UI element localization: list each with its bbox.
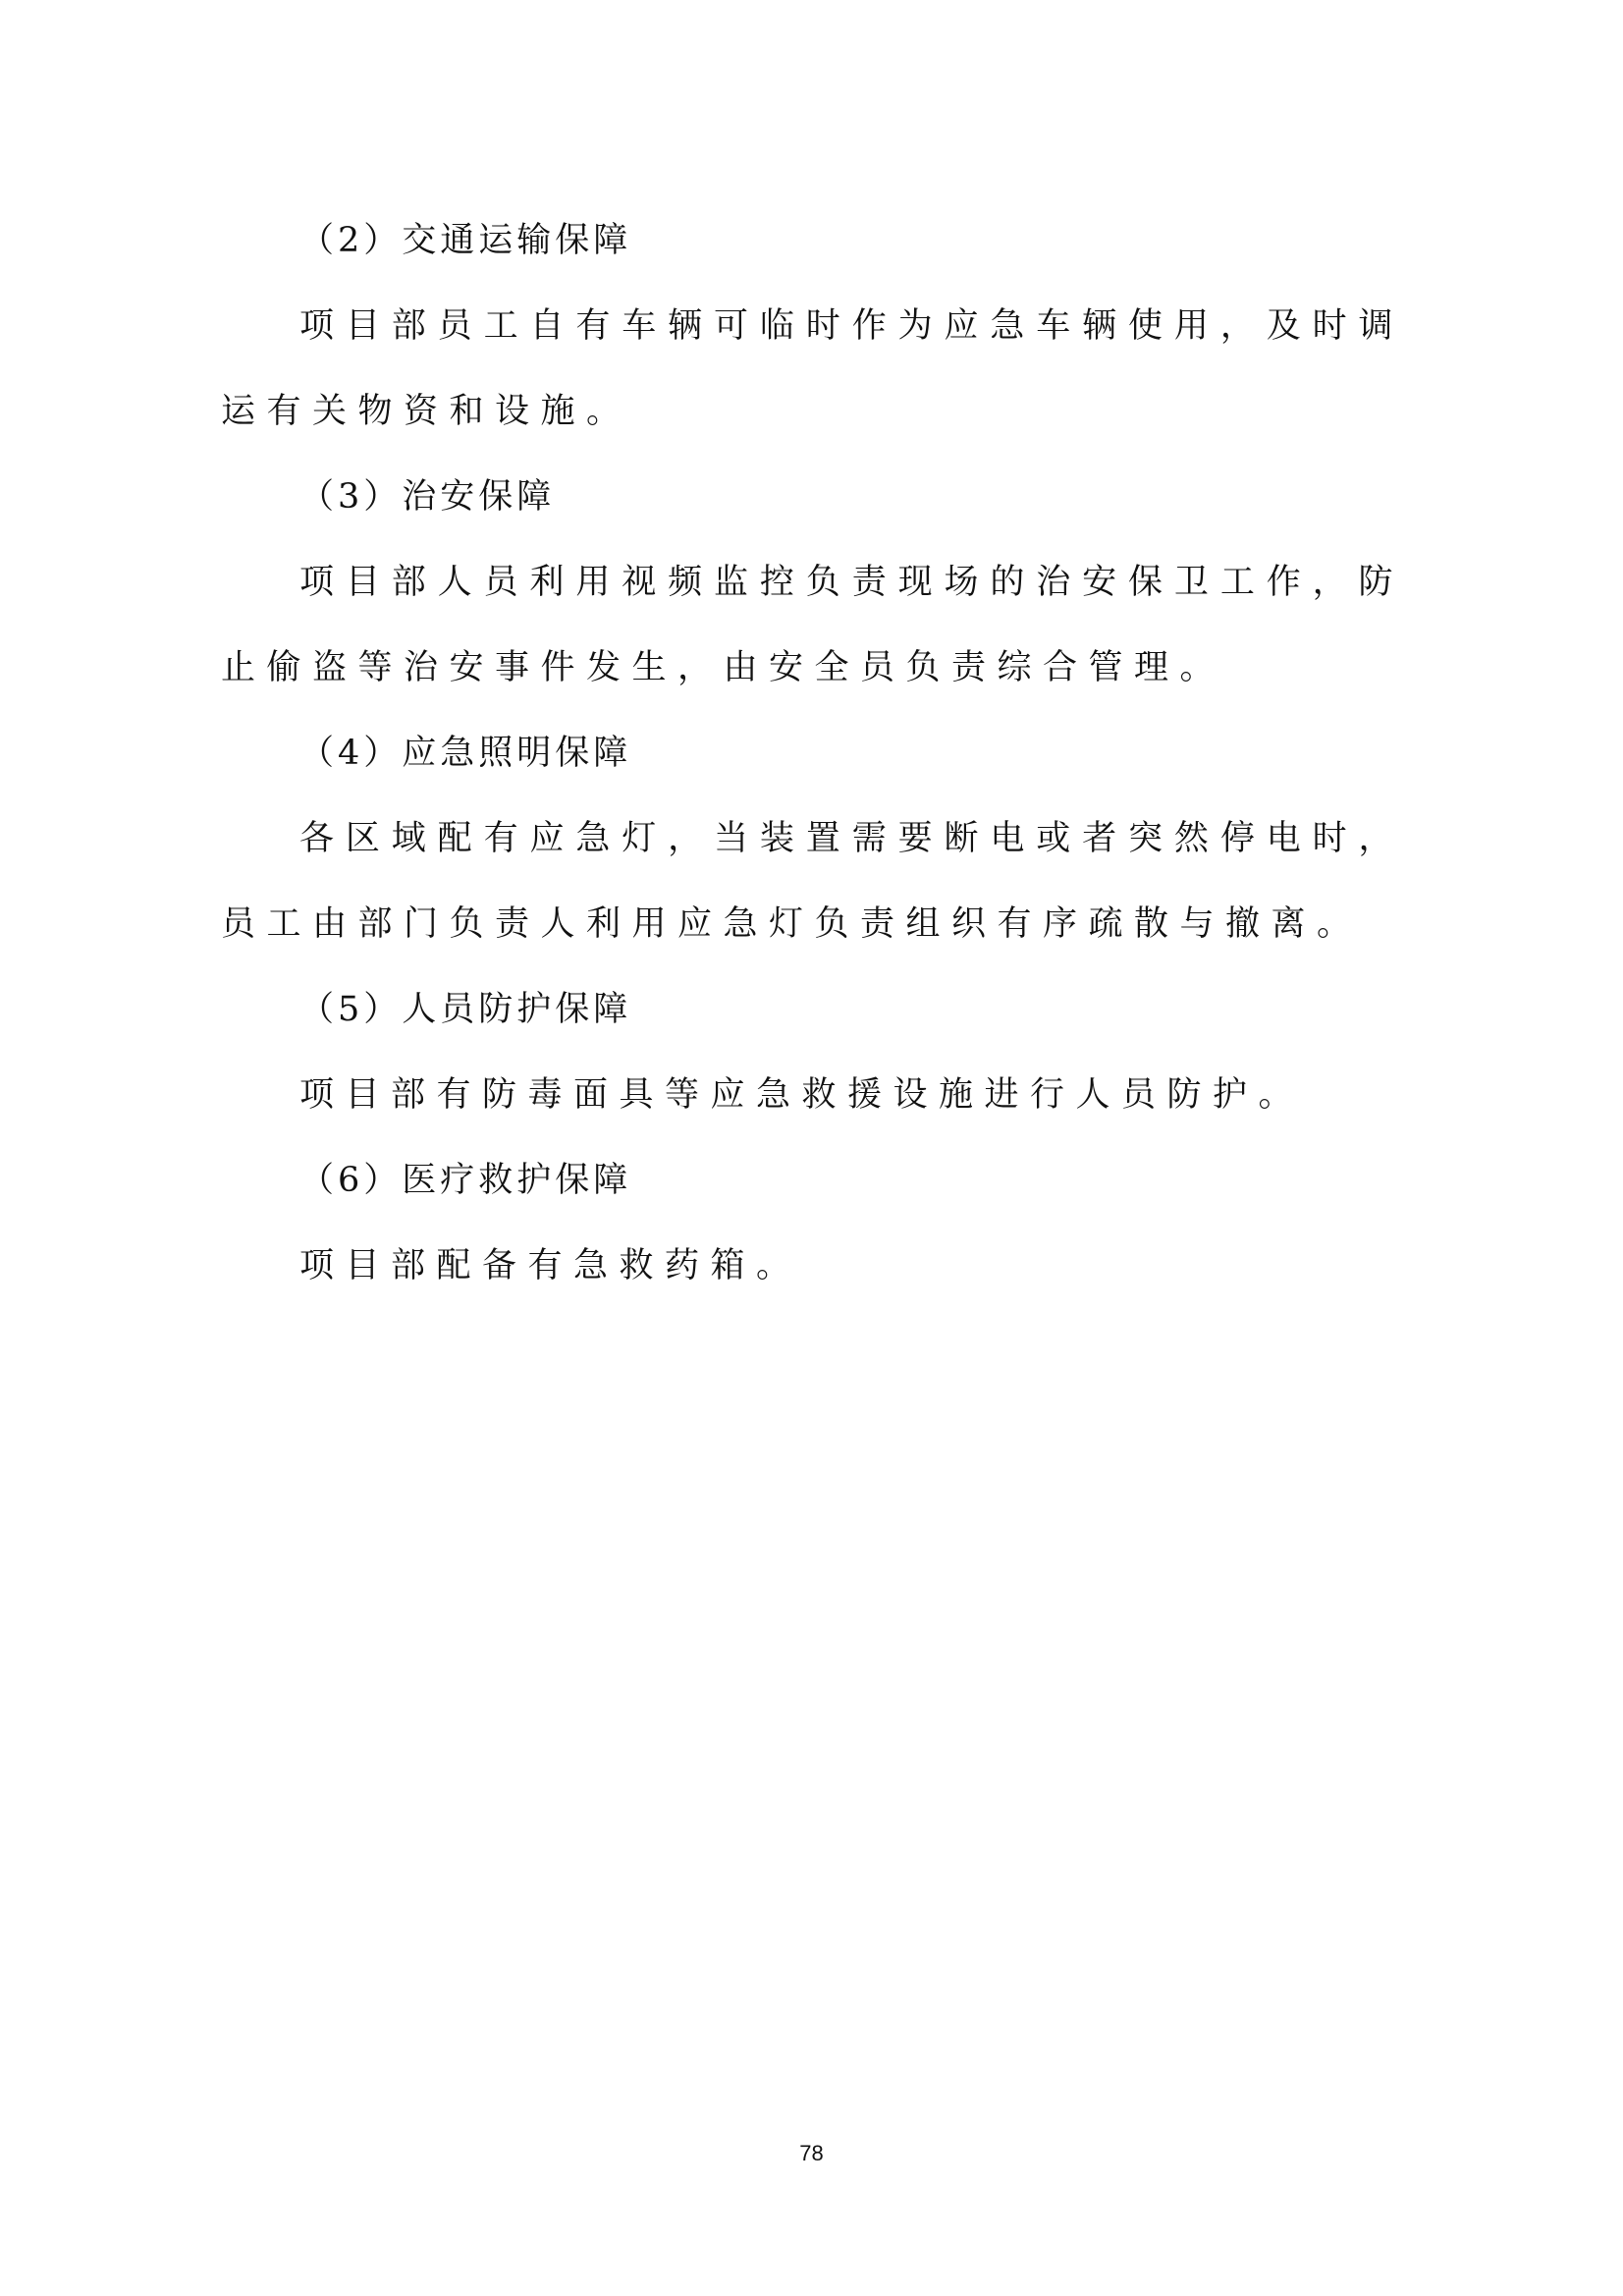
section-body-emergency-lighting: 各区域配有应急灯，当装置需要断电或者突然停电时，员工由部门负责人利用应急灯负责组…	[221, 796, 1404, 967]
page-number: 78	[0, 2141, 1623, 2166]
section-body-transport: 项目部员工自有车辆可临时作为应急车辆使用，及时调运有关物资和设施。	[221, 284, 1404, 455]
section-body-personnel-protection: 项目部有防毒面具等应急救援设施进行人员防护。	[221, 1053, 1404, 1138]
section-heading-transport: （2）交通运输保障	[221, 198, 1404, 284]
section-heading-security: （3）治安保障	[221, 455, 1404, 540]
section-heading-emergency-lighting: （4）应急照明保障	[221, 711, 1404, 796]
section-body-medical-rescue: 项目部配备有急救药箱。	[221, 1224, 1404, 1309]
section-body-security: 项目部人员利用视频监控负责现场的治安保卫工作，防止偷盗等治安事件发生，由安全员负…	[221, 540, 1404, 711]
document-page: （2）交通运输保障 项目部员工自有车辆可临时作为应急车辆使用，及时调运有关物资和…	[0, 0, 1623, 2296]
section-heading-personnel-protection: （5）人员防护保障	[221, 967, 1404, 1053]
section-heading-medical-rescue: （6）医疗救护保障	[221, 1138, 1404, 1224]
